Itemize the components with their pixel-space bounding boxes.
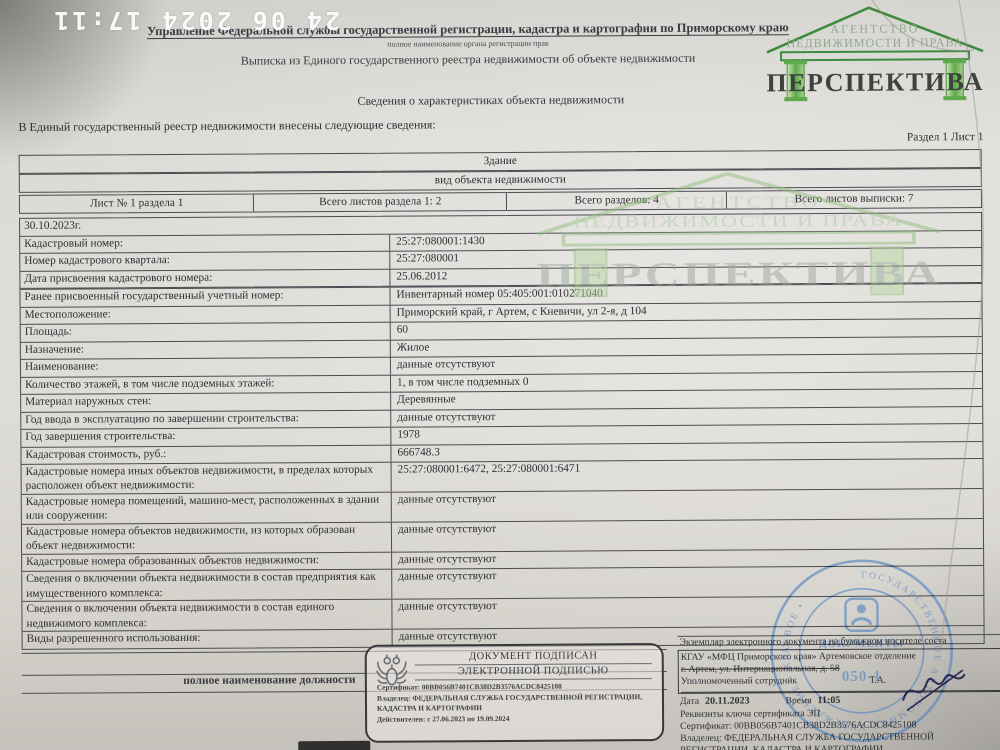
object-kind-caption-row: вид объекта недвижимости [20, 169, 981, 191]
object-kind-caption: вид объекта недвижимости [435, 173, 566, 188]
perspektiva-logo: АГЕНТСТВО НЕДВИЖИМОСТИ И ПРАВА ПЕРСПЕКТИ… [761, 1, 990, 104]
object-kind: Здание [484, 154, 517, 169]
signed-line1: ДОКУМЕНТ ПОДПИСАН [415, 649, 652, 665]
document-title: Выписка из Единого государственного реес… [138, 50, 798, 69]
authority-caption: полное наименование органа регистрации п… [138, 37, 798, 50]
row-label: Кадастровые номера иных объектов недвижи… [22, 463, 392, 494]
row-label: Виды разрешенного использования: [23, 630, 393, 649]
row-label: Кадастровый номер: [20, 234, 390, 253]
sheet-info-cell: Всего листов выписки: 7 [727, 190, 981, 208]
camera-timestamp: 24 06 2024 17:11 [28, 6, 340, 35]
stamp-number: 050-1 [842, 669, 882, 685]
sheet-info-cell: Лист № 1 раздела 1 [20, 194, 255, 212]
row-value: данные отсутствуют [392, 519, 983, 552]
row-value: 25:27:080001:6472, 25:27:080001:6471 [392, 459, 983, 492]
row-label: Кадастровые номера помещений, машино-мес… [22, 493, 392, 524]
sheet-info-cell: Всего листов раздела 1: 2 [254, 193, 507, 211]
row-label: Год ввода в эксплуатацию по завершении с… [21, 410, 391, 429]
copy-date: 20.11.2023 [705, 695, 750, 707]
mfc-round-stamp: ГОСУДАРСТВЕННОЕ АВТОНОМНОЕ УЧРЕЖДЕНИЕ • … [761, 554, 962, 748]
signbox-certificate: Сертификат: 00BB056B7401CB38D2B3576ACDC8… [377, 681, 652, 693]
photo-background-gap [298, 741, 370, 750]
cadastral-table: 30.10.2023г. Кадастровый номер: 25:27:08… [19, 212, 982, 289]
row-label: Площадь: [21, 323, 391, 342]
logo-beam [781, 51, 969, 60]
logo-agency-line1: АГЕНТСТВО [830, 21, 919, 36]
row-label: Наименование: [21, 358, 391, 377]
row-label: Количество этажей, в том числе подземных… [21, 375, 391, 394]
stamp-center-text: ДОКУМЕНТЫ [819, 638, 904, 651]
row-label: Назначение: [21, 340, 391, 359]
row-label: Год завершения строительства: [21, 428, 391, 447]
document-photo: Управление Федеральной службы государств… [0, 0, 1000, 750]
svg-text:ГОСУДАРСТВЕННОЕ АВТОНОМНОЕ УЧР: ГОСУДАРСТВЕННОЕ АВТОНОМНОЕ УЧРЕЖДЕНИЕ • … [781, 570, 942, 731]
row-label: Местоположение: [21, 305, 391, 324]
row-label: Кадастровые номера образованных объектов… [22, 552, 392, 571]
signbox-validity: Действителен: с 27.06.2023 по 19.09.2024 [377, 713, 652, 725]
rosreestr-eagle-icon [375, 653, 409, 695]
row-label: Ранее присвоенный государственный учетны… [20, 288, 390, 307]
stamp-ring-text: ГОСУДАРСТВЕННОЕ АВТОНОМНОЕ УЧРЕЖДЕНИЕ • … [781, 570, 942, 731]
intro-line: В Единый государственный реестр недвижим… [18, 117, 435, 135]
row-value: данные отсутствуют [392, 489, 983, 522]
signed-line2: ЭЛЕКТРОННОЙ ПОДПИСЬЮ [415, 664, 652, 680]
section-sheet-label: Раздел 1 Лист 1 [699, 131, 984, 145]
paper-document: Управление Федеральной службы государств… [0, 0, 1000, 750]
row-label: Материал наружных стен: [21, 393, 391, 412]
electronic-signature-box: ДОКУМЕНТ ПОДПИСАН ЭЛЕКТРОННОЙ ПОДПИСЬЮ С… [365, 643, 665, 743]
row-label: Кадастровые номера объектов недвижимости… [22, 522, 392, 553]
signbox-owner: Владелец: ФЕДЕРАЛЬНАЯ СЛУЖБА ГОСУДАРСТВЕ… [377, 692, 652, 713]
logo-brand: ПЕРСПЕКТИВА [766, 67, 984, 97]
row-label: Кадастровая стоимость, руб.: [21, 445, 391, 464]
row-label: Дата присвоения кадастрового номера: [20, 269, 390, 288]
row-label: Номер кадастрового квартала: [20, 252, 390, 271]
logo-agency-line2: НЕДВИЖИМОСТИ И ПРАВА [787, 35, 964, 50]
sheet-info-table: Лист № 1 раздела 1 Всего листов раздела … [19, 189, 982, 213]
sheet-info-cell: Всего разделов: 4 [507, 192, 727, 210]
row-label: Сведения о включении объекта недвижимост… [22, 600, 392, 631]
date-label: Дата [680, 696, 699, 708]
row-label: Сведения о включении объекта недвижимост… [22, 570, 392, 601]
